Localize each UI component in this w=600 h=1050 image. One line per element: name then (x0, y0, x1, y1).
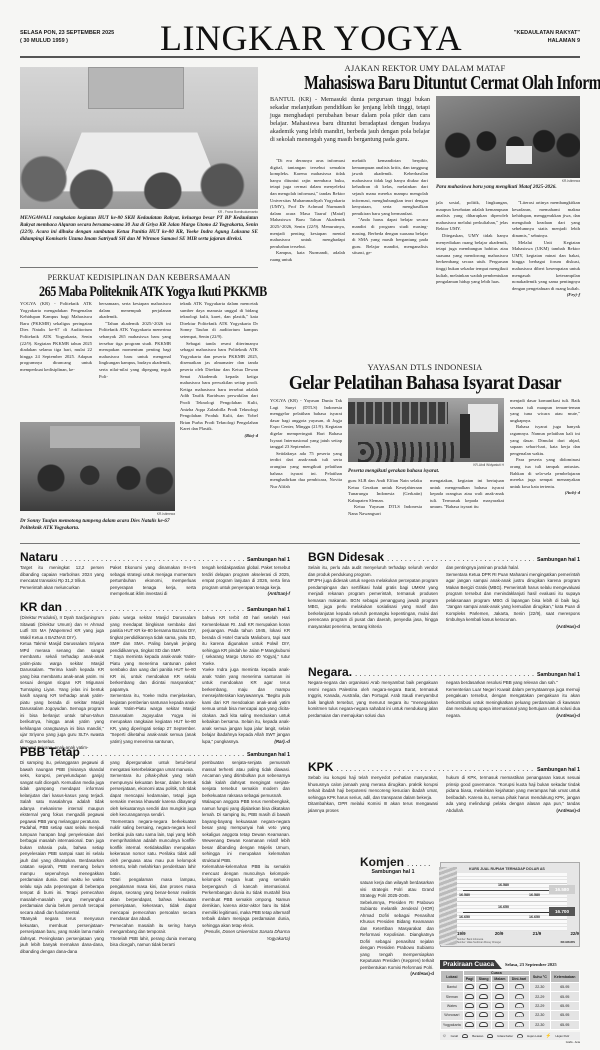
col-morning: Pagi (463, 976, 476, 983)
photo-students (436, 96, 580, 178)
kr-dan-tag: Sambungan hal 1 (247, 607, 290, 613)
komjen-signature: (Ant/Has)-d (410, 971, 434, 978)
dtls-col-2: guru SLB dan Andi Elfian Nain selaku Ket… (348, 478, 422, 518)
masthead-date: SELASA PON, 23 SEPTEMBER 2025 ( 30 MULUD… (20, 29, 114, 45)
series-lower-badge: 16.700 (549, 907, 575, 916)
bgn-signature: (Ant/Has)-d (446, 624, 580, 631)
bgn-tag: Sambungan hal 1 (537, 557, 580, 563)
dtls-photo-credit: KR-Abdi Widyastuti H (348, 463, 504, 467)
dtls-paragraph: Setidaknya ada 75 peserta yang terdiri d… (270, 451, 342, 491)
chart-sources: Sumber: Bank Indonesia Sumber: Valas Sud… (457, 938, 501, 944)
x-tick: 22/9 (570, 931, 579, 936)
pbb-col-2: yang dipergunakan untuk betul-betul meng… (110, 760, 196, 949)
dtls-photo-caption: Peserta mengikuti gerakan bahasa isyarat… (348, 468, 504, 475)
legend-thunderstorm: Hujan Petir (556, 1034, 570, 1038)
series-upper-label-1: 16.580 (459, 893, 470, 897)
sun-icon: ☼ (442, 1033, 447, 1039)
photo-stage-banner (50, 426, 140, 448)
humidity: 65-95 (550, 1011, 579, 1020)
dtls-paragraph: guru SLB dan Andi Elfian Nain selaku Ket… (348, 478, 422, 504)
weather-row: Wates 22-29 65-95 (441, 1001, 580, 1010)
pbb-col-1: Di samping itu, pelanggaran pegawai di b… (20, 760, 104, 955)
series-lower-line (463, 912, 549, 913)
dtls-signature: (Awh)-d (565, 490, 580, 497)
series-upper-line (463, 890, 549, 891)
dtls-paragraph: menjadi dasar komunikasi tuli. Baik sesa… (510, 398, 580, 424)
photo-participants (358, 442, 458, 462)
chart-title: KURS JUAL RUPIAH TERHADAP DOLAR AS (469, 867, 545, 871)
umy-paragraph: "Di era derasnya arus informasi digital,… (270, 158, 345, 250)
exchange-rate-chart: KURS JUAL RUPIAH TERHADAP DOLAR AS 16.58… (440, 862, 580, 947)
weather-row: Bantul 22-30 65-95 (441, 983, 580, 992)
masthead-publication: "KEDAULATAN RAKYAT" HALAMAN 9 (514, 29, 580, 45)
dtls-headline: Gelar Pelatihan Bahasa Isyarat Dasar (286, 372, 565, 395)
atk-col-3: teknik ATK Yogyakarta dalam mencetak sum… (180, 301, 258, 439)
weather-row: Sleman 22-29 65-95 (441, 992, 580, 1001)
cloudy-icon (476, 1020, 491, 1029)
series-lower-label-2: 16.650 (498, 905, 509, 909)
rain-icon (508, 1001, 529, 1010)
chart-source-2: Sumber: Valas Sudirman Money Changer (457, 941, 501, 944)
leader-dots: ........................................… (355, 669, 534, 678)
komjen-tag: Sambungan hal 1 (360, 869, 426, 875)
weather-title: Prakiraan Cuaca (440, 960, 502, 969)
nataru-col-3: tengah ketidakpastian global. Paket ters… (202, 565, 290, 598)
umy-col-3: jala sosial, politik, lingkungan, maupun… (436, 200, 508, 286)
nataru-text: tengah ketidakpastian global. Paket ters… (202, 565, 290, 590)
umy-photo-caption: Para mahasiswa baru yang mengikuti Mataf… (436, 184, 580, 191)
dtls-kicker: YAYASAN DTLS INDONESIA (270, 362, 580, 372)
atk-kicker: PERKUAT KEDISIPLINAN DAN KEBERSAMAAN (20, 273, 258, 282)
cloudy-icon (463, 1001, 476, 1010)
kpk-title: KPK (308, 760, 333, 774)
lead-photo-credit: KR - Franz Boedisukarnanto (20, 210, 258, 214)
legend-local-rain: Hujan Lokal (527, 1034, 542, 1038)
negara-col-2: negara berdasarkan resolusi PBB yang rel… (446, 680, 580, 719)
umy-col-1: "Di era derasnya arus informasi digital,… (270, 158, 345, 264)
leader-dots: ........................................… (83, 749, 244, 758)
bgn-title: BGN Didesak (308, 550, 384, 564)
kpk-col-1: Sebab isu korupsi haji telah menyedot pe… (308, 775, 438, 814)
humidity: 65-95 (550, 1001, 579, 1010)
cloudy-icon (491, 983, 508, 992)
kpk-text: hukum di KPK, termasuk memastikan penang… (446, 775, 580, 813)
col-location: Lokasi (441, 971, 464, 983)
temperature: 22-29 (530, 992, 550, 1001)
umy-paragraph: "Anda harus dapat belajar secara mandiri… (352, 217, 428, 257)
location: Wonosari (441, 1011, 464, 1020)
legend-sunny: Cerah (451, 1034, 459, 1038)
x-tick: 19/9 (457, 931, 466, 936)
kpk-heading: KPK ....................................… (308, 760, 580, 774)
umy-paragraph: Melalui Unit Kegiatan Mahasiswa (UKM) ta… (512, 240, 580, 293)
umy-paragraph: Ditegaskan, UMY tidak hanya menyediakan … (436, 233, 508, 286)
komjen-text: satuan kerja dan wilayah berdasarkan vis… (360, 880, 434, 970)
cloudy-icon (462, 1034, 468, 1038)
humidity: 65-95 (550, 1020, 579, 1029)
umy-headline: Mahasiswa Baru Dituntut Cermat Olah Info… (304, 72, 546, 95)
series-lower-label-3: 16.650 (529, 915, 540, 919)
photo-windows (348, 402, 448, 424)
temperature: 22-30 (530, 983, 550, 992)
col-early: Dini-hari (508, 976, 529, 983)
umy-paragraph: "Literasi artinya membangkitkan kesadara… (512, 200, 580, 240)
kpk-tag: Sambungan hal 1 (537, 767, 580, 773)
series-upper-label-3: 16.580 (529, 893, 540, 897)
rain-icon (508, 1020, 529, 1029)
temperature: 22-29 (530, 1001, 550, 1010)
umy-signature: (Fey)-f (567, 292, 580, 299)
chart-plot-area (457, 873, 567, 931)
section-divider (20, 543, 580, 544)
leader-dots: ........................................… (61, 554, 244, 563)
weather-date: Selasa, 23 September 2025 (505, 962, 557, 967)
atk-signature: (Ria)-d (244, 433, 258, 440)
location: Yogyakarta (441, 1020, 464, 1029)
chart-badge: KR-GRAFIS (561, 941, 575, 944)
negara-signature: (Ant/Has)-d (556, 713, 580, 720)
komjen-heading: Komjen ...... Sambungan hal 1 (360, 855, 440, 875)
cloudy-icon (476, 1001, 491, 1010)
temperature: 22-30 (530, 1011, 550, 1020)
cloudy-icon (491, 1011, 508, 1020)
weather-credit: Grafis - Ania (440, 1041, 580, 1044)
komjen-title: Komjen (360, 855, 404, 869)
nataru-tag: Sambungan hal 1 (247, 557, 290, 563)
atk-paragraph: "Tahun akademik 2025/-2026 ini Politekni… (99, 321, 171, 380)
bgn-col-2: dan pentingnya jaminan produk halal. Sem… (446, 565, 580, 630)
col-night: Malam (491, 976, 508, 983)
atk-photo-credit: KR-Istimewa (20, 512, 175, 516)
dtls-paragraph: Ketua Yayasan DTLS Indonesia Nana Nawang… (348, 504, 422, 517)
kr-dan-heading: KR dan .................................… (20, 600, 290, 614)
rain-icon (508, 983, 529, 992)
cloudy-icon (463, 992, 476, 1001)
lead-photo (20, 67, 258, 209)
masthead-rule (20, 56, 580, 58)
weather-row: Wonosari 22-30 65-95 (441, 1011, 580, 1020)
dtls-col-1: YOGYA (KR) - Yayasan Dunia Tak Lagi Suny… (270, 398, 342, 490)
money-illustration (439, 867, 457, 945)
kpk-col-2: hukum di KPK, termasuk memastikan penang… (446, 775, 580, 814)
dtls-photo (348, 398, 504, 462)
thunder-icon: ⚡ (546, 1033, 552, 1039)
pbb-col-3: pembuatan senjata-senjata pemusnah massa… (202, 760, 290, 942)
series-upper-badge: 16.580 (549, 885, 575, 894)
umy-lede-paragraph: BANTUL (KR) - Memasuki dunia perguruan t… (270, 96, 430, 143)
x-tick: 21/9 (533, 931, 542, 936)
hijri-date-line: ( 30 MULUD 1959 ) (20, 37, 114, 45)
umy-col-2: melatih kemandirian berpikir, kemampuan … (352, 158, 428, 257)
nataru-heading: Nataru .................................… (20, 550, 290, 564)
page-number: HALAMAN 9 (514, 37, 580, 45)
nataru-title: Nataru (20, 550, 58, 564)
atk-photo-caption: Dr Sonny Taufan memotong tumpeng dalam a… (20, 518, 180, 532)
leader-dots: ........................................… (387, 554, 534, 563)
bgn-text: dan pentingnya jaminan produk halal. Sem… (446, 565, 580, 622)
series-lower-label-1: 16.650 (459, 915, 470, 919)
bgn-heading: BGN Didesak ............................… (308, 550, 580, 564)
masthead-title: LINGKAR YOGYA (160, 17, 462, 59)
rain-icon (508, 1011, 529, 1020)
umy-photo-credit: KR-Istimewa (436, 179, 580, 183)
leader-dots: ...... (407, 859, 432, 868)
pbb-title: PBB Tetap (20, 745, 80, 759)
photo-instructor (460, 414, 470, 458)
umy-lede: BANTUL (KR) - Memasuki dunia perguruan t… (270, 96, 430, 143)
kr-dan-text: bahwa KR terbit 40 hari setelah Hari Kem… (202, 615, 290, 744)
cloudy-icon (476, 992, 491, 1001)
cloudy-icon (463, 983, 476, 992)
x-tick: 20/9 (495, 931, 504, 936)
bgn-col-1: Selain itu, perlu ada audit menyeluruh t… (308, 565, 438, 630)
negara-text: negara berdasarkan resolusi PBB yang rel… (446, 680, 580, 718)
photo-screen (468, 404, 498, 432)
kr-dan-col-3: bahwa KR terbit 40 hari setelah Hari Kem… (202, 615, 290, 745)
leader-dots: ........................................… (65, 604, 244, 613)
atk-col-2: bersamaan, serta kesiapan mahasiswa dala… (99, 301, 171, 380)
umy-paragraph: jala sosial, politik, lingkungan, maupun… (436, 200, 508, 233)
kr-dan-title: KR dan (20, 600, 62, 614)
umy-col-4: "Literasi artinya membangkitkan kesadara… (512, 200, 580, 299)
leader-dots: ........................................… (336, 764, 534, 773)
nataru-col-2: Paket Ekonomi yang dinamakan 8+4+5 sebag… (110, 565, 196, 598)
nataru-signature: (Ant/San)-f (268, 591, 290, 598)
weather-row: Yogyakarta 22-30 65-95 (441, 1020, 580, 1029)
atk-paragraph: bersamaan, serta kesiapan mahasiswa dala… (99, 301, 171, 321)
pbb-heading: PBB Tetap ..............................… (20, 745, 290, 759)
lead-photo-caption: MENGAWALI rangkaian kegiatan HUT ke-80 S… (20, 215, 258, 243)
col-noon: Siang (476, 976, 491, 983)
umy-paragraph: melatih kemandirian berpikir, kemampuan … (352, 158, 428, 217)
cloudy-icon (491, 1001, 508, 1010)
atk-paragraph: Sebagai tanda resmi diterimanya sebagai … (180, 341, 258, 433)
location: Sleman (441, 992, 464, 1001)
rain-icon (517, 1034, 523, 1038)
lead-divider (20, 267, 258, 268)
legend-cloudy: Berawan (472, 1034, 483, 1038)
dtls-col-4: menjadi dasar komunikasi tuli. Baik sesa… (510, 398, 580, 497)
negara-tag: Sambungan hal 1 (537, 672, 580, 678)
pbb-tag: Sambungan hal 1 (247, 752, 290, 758)
humidity: 65-95 (550, 992, 579, 1001)
kr-dan-col-2: piatu warga sekitar Masjid Darussalam ya… (110, 615, 196, 745)
x-axis: 19/9 20/9 21/9 22/9 (457, 931, 579, 936)
negara-col-1: Negara-negara dan organisasi Arab menyam… (308, 680, 438, 719)
cloudy-icon (476, 983, 491, 992)
kr-dan-col-1: (Direktur Produksi), Ir Dyah Sardjuningr… (20, 615, 104, 752)
weather-legend: ☼ Cerah Berawan Udara Kabur Hujan Lokal … (440, 1032, 580, 1040)
series-upper-label-2: 16.580 (498, 883, 509, 887)
atk-photo (20, 422, 175, 511)
dtls-paragraph: Para peserta yang didominasi orang tua t… (510, 457, 580, 490)
photo-banner (88, 67, 184, 109)
cloudy-icon (491, 1020, 508, 1029)
photo-paper-sign (506, 146, 532, 164)
atk-col-1: YOGYA (KR) - Politeknik ATK Yogyakarta m… (20, 301, 92, 374)
cloudy-icon (491, 992, 508, 1001)
umy-photo (436, 96, 580, 178)
col-temp: Suhu °C (530, 971, 550, 983)
atk-paragraph: YOGYA (KR) - Politeknik ATK Yogyakarta m… (20, 301, 92, 374)
negara-title: Negara. (308, 665, 352, 679)
cloudy-icon (463, 1020, 476, 1029)
col-humidity: Kelembaban (550, 971, 579, 983)
umy-paragraph: Kampus, kata Nurmandi, adalah ruang untu… (270, 250, 345, 263)
cloudy-icon (476, 1011, 491, 1020)
weather-header: Prakiraan Cuaca Selasa, 23 September 202… (440, 960, 580, 969)
atk-paragraph: teknik ATK Yogyakarta dalam mencetak sum… (180, 301, 258, 341)
rain-icon (508, 992, 529, 1001)
cloudy-icon (463, 1011, 476, 1020)
date-line: SELASA PON, 23 SEPTEMBER 2025 (20, 29, 114, 37)
dtls-paragraph: YOGYA (KR) - Yayasan Dunia Tak Lagi Suny… (270, 398, 342, 451)
komjen-col: satuan kerja dan wilayah berdasarkan vis… (360, 880, 434, 978)
dtls-paragraph: Bahasa isyarat juga banyak ragamnya. Nam… (510, 424, 580, 457)
photo-people (20, 149, 258, 209)
pbb-signature: (Penulis, Dosen Universitas Sanata Dharm… (202, 929, 290, 942)
haze-icon (487, 1034, 493, 1038)
humidity: 65-95 (550, 983, 579, 992)
negara-heading: Negara. ................................… (308, 665, 580, 679)
photo-people (20, 456, 175, 511)
weather-table: Lokasi Cuaca Suhu °C Kelembaban Pagi Sia… (440, 970, 580, 1030)
kpk-signature: (Ant/Has)-d (556, 808, 580, 815)
publication-name: "KEDAULATAN RAKYAT" (514, 29, 580, 37)
atk-headline: 265 Maba Politeknik ATK Yogya Ikuti PKKM… (39, 284, 239, 301)
dtls-col-3: mengatakan, kegiatan ini bertujuan untuk… (430, 478, 504, 511)
weather-forecast: Prakiraan Cuaca Selasa, 23 September 202… (440, 960, 580, 1045)
pbb-text: pembuatan senjata-senjata pemusnah massa… (202, 760, 290, 928)
dtls-paragraph: mengatakan, kegiatan ini bertujuan untuk… (430, 478, 504, 511)
temperature: 22-30 (530, 1020, 550, 1029)
location: Bantul (441, 983, 464, 992)
legend-haze: Udara Kabur (497, 1034, 513, 1038)
nataru-col-1: Target itu meningkat 12,2 persen dibandi… (20, 565, 104, 591)
location: Wates (441, 1001, 464, 1010)
